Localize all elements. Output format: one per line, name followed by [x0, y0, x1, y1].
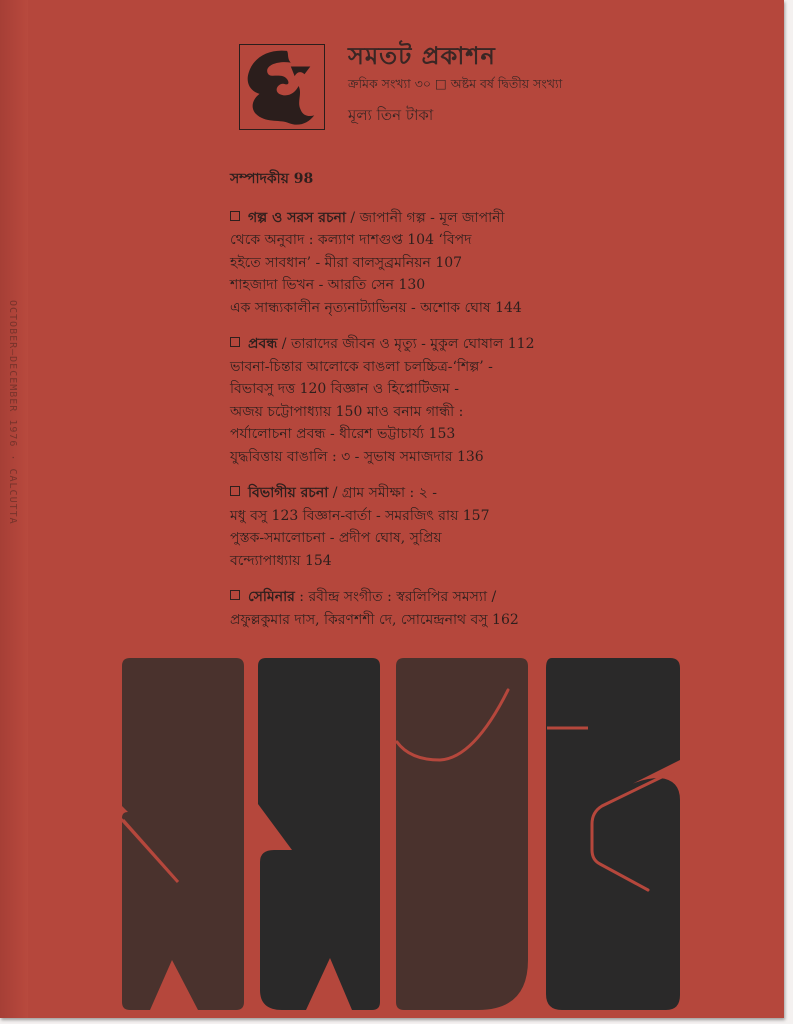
letter-block-2 [258, 658, 380, 1010]
toc-line: থেকে অনুবাদ : কল্যাণ দাশগুপ্ত 104 ‘বিপদ [230, 229, 630, 252]
toc-line: হইতে সাবধান’ - মীরা বালসুব্রমনিয়ন 107 [230, 252, 630, 275]
toc-section: সেমিনার : রবীন্দ্র সংগীত : স্বরলিপির সমস… [230, 586, 630, 631]
toc-section: গল্প ও সরস রচনা / জাপানী গল্প - মূল জাপা… [230, 207, 630, 320]
checkbox-square-icon [230, 486, 240, 496]
spine-text: OCTOBER–DECEMBER 1976 · CALCUTTA [4, 300, 18, 940]
toc-line: অজয় চট্টোপাধ্যায় 150 মাও বনাম গান্ধী : [230, 401, 630, 424]
toc-section-title: সেমিনার [248, 589, 295, 605]
toc-line: / তারাদের জীবন ও মৃত্যু - মুকুল ঘোষাল 11… [282, 336, 535, 352]
toc-line: ভাবনা-চিন্তার আলোকে বাঙলা চলচ্চিত্র-‘শিল… [230, 356, 630, 379]
toc-section-title: প্রবন্ধ [248, 336, 277, 352]
checkbox-square-icon [230, 590, 240, 600]
toc-section: বিভাগীয় রচনা / গ্রাম সমীক্ষা : ২ - মধু … [230, 482, 630, 572]
toc-line: / জাপানী গল্প - মূল জাপানী [350, 210, 504, 226]
price-label: মূল্য তিন টাকা [348, 104, 433, 129]
toc-line: / গ্রাম সমীক্ষা : ২ - [333, 485, 437, 501]
toc-line: : রবীন্দ্র সংগীত : স্বরলিপির সমস্যা / [299, 589, 496, 605]
samatat-logo-icon [239, 44, 325, 130]
toc-line: মধু বসু 123 বিজ্ঞান-বার্তা - সমরজিৎ রায়… [230, 505, 630, 528]
letter-block-1 [122, 658, 244, 1010]
issue-line: ক্রমিক সংখ্যা ৩০ □ অষ্টম বর্ষ দ্বিতীয় স… [348, 76, 562, 96]
toc-editorial: সম্পাদকীয় 98 [230, 168, 630, 191]
toc-line: এক সান্ধ্যকালীন নৃত্যনাট্যাভিনয় - অশোক … [230, 297, 630, 320]
toc-line: বিভাবসু দত্ত 120 বিজ্ঞান ও হিপ্নোটিজম - [230, 378, 630, 401]
toc-section-title: গল্প ও সরস রচনা [248, 210, 346, 226]
toc-line: শাহজাদা ভিখন - আরতি সেন 130 [230, 274, 630, 297]
checkbox-square-icon [230, 337, 240, 347]
toc-line: পুস্তক-সমালোচনা - প্রদীপ ঘোষ, সুপ্রিয় [230, 527, 630, 550]
toc-line: প্রফুল্লকুমার দাস, কিরণশশী দে, সোমেন্দ্র… [230, 609, 630, 632]
table-of-contents: সম্পাদকীয় 98 গল্প ও সরস রচনা / জাপানী গ… [230, 168, 630, 645]
toc-line: যুদ্ধবিত্তায় বাঙালি : ৩ - সুভাষ সমাজদার… [230, 446, 630, 469]
toc-section-title: বিভাগীয় রচনা [248, 485, 328, 501]
letter-block-4 [546, 658, 680, 1010]
letter-block-3 [396, 658, 528, 1010]
toc-line: পর্যালোচনা প্রবন্ধ - ধীরেশ ভট্টাচার্য্য … [230, 423, 630, 446]
checkbox-square-icon [230, 211, 240, 221]
toc-line: বন্দ্যোপাধ্যায় 154 [230, 550, 630, 573]
cover-spine: OCTOBER–DECEMBER 1976 · CALCUTTA [0, 0, 28, 1018]
toc-section: প্রবন্ধ / তারাদের জীবন ও মৃত্যু - মুকুল … [230, 333, 630, 468]
publisher-name: সমতট প্রকাশন [348, 38, 496, 78]
magazine-cover: OCTOBER–DECEMBER 1976 · CALCUTTA সমতট প্… [0, 0, 784, 1018]
